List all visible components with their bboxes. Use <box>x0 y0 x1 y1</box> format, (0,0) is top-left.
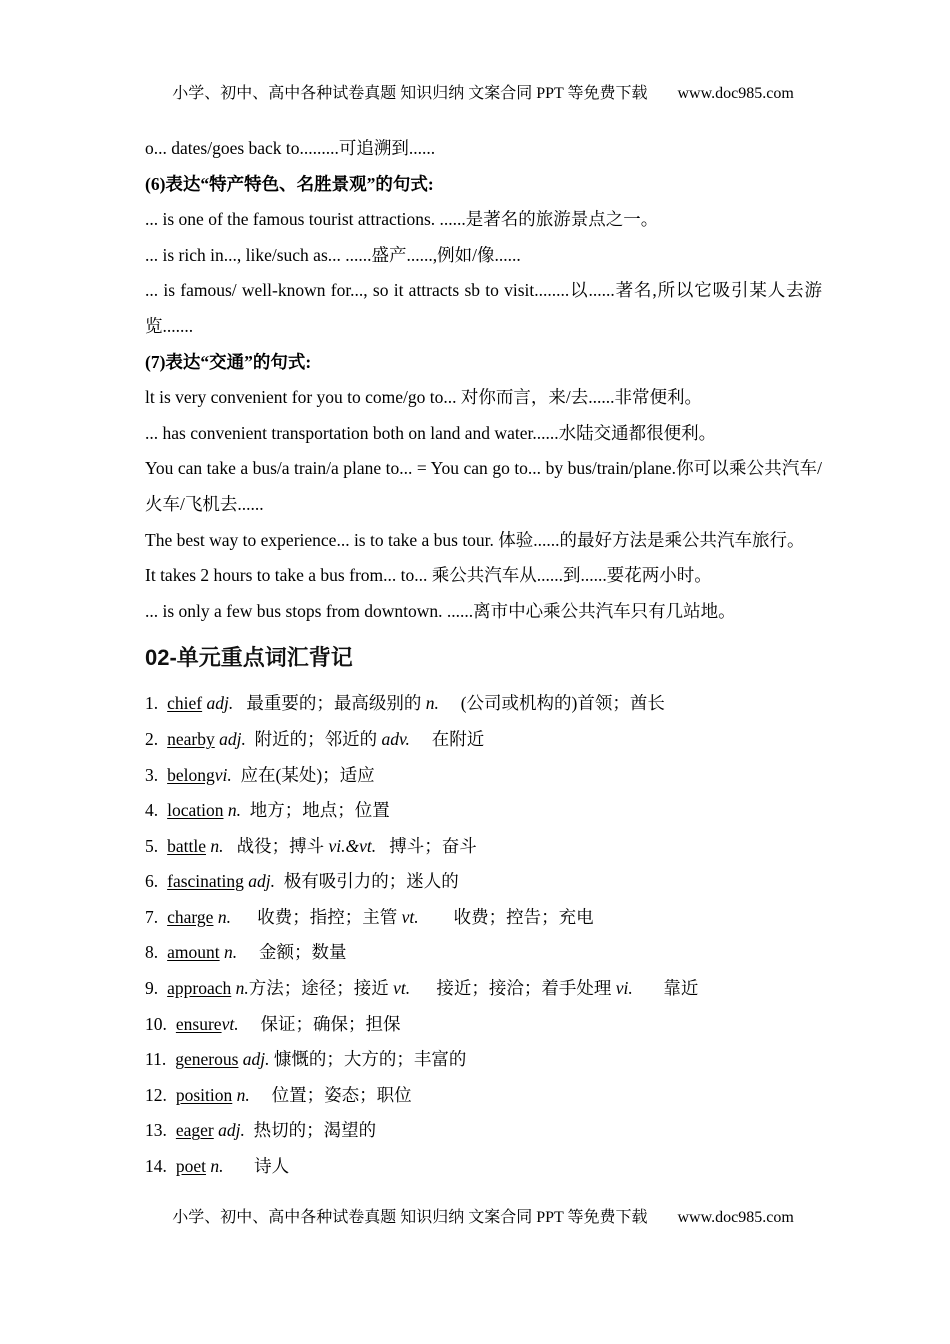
vocab-word: poet <box>176 1156 206 1176</box>
pattern-line: lt is very convenient for you to come/go… <box>145 380 822 416</box>
pattern-line: The best way to experience... is to take… <box>145 523 822 559</box>
vocab-word: belong <box>167 765 215 785</box>
vocab-item: 4.location n. 地方；地点；位置 <box>145 793 822 829</box>
definition-text: 位置；姿态；职位 <box>250 1085 412 1105</box>
definition-text: 诗人 <box>224 1156 290 1176</box>
vocab-number: 12. <box>145 1085 167 1105</box>
vocab-number: 11. <box>145 1049 166 1069</box>
definition-text: 收费；指控；主管 <box>231 907 402 927</box>
vocab-number: 6. <box>145 871 158 891</box>
part-of-speech: vi.&vt. <box>329 836 377 856</box>
section-heading: 02-单元重点词汇背记 <box>145 642 822 673</box>
definition-text: 地方；地点；位置 <box>241 800 390 820</box>
pattern-group-heading: (7)表达“交通”的句式: <box>145 345 822 381</box>
definition-text: 极有吸引力的；迷人的 <box>275 871 459 891</box>
definition-text: 靠近 <box>633 978 699 998</box>
vocab-word: ensure <box>176 1014 222 1034</box>
part-of-speech: adj. <box>206 693 233 713</box>
definition-text: 保证；确保；担保 <box>239 1014 401 1034</box>
pattern-line: ... is only a few bus stops from downtow… <box>145 594 822 630</box>
vocab-word: battle <box>167 836 206 856</box>
vocab-item: 8.amount n. 金额；数量 <box>145 935 822 971</box>
definition-text: 应在(某处)；适应 <box>232 765 375 785</box>
document-body: o... dates/goes back to.........可追溯到....… <box>145 131 822 1185</box>
definition-text: 方法；途径；接近 <box>249 978 393 998</box>
part-of-speech: vt. <box>402 907 419 927</box>
part-of-speech: adj. <box>243 1049 270 1069</box>
part-of-speech: vi. <box>215 765 232 785</box>
definition-text: 收费；控告；充电 <box>419 907 594 927</box>
vocab-item: 2.nearby adj. 附近的；邻近的 adv. 在附近 <box>145 722 822 758</box>
vocab-item: 1.chief adj. 最重要的；最高级别的 n. (公司或机构的)首领；酋长 <box>145 686 822 722</box>
vocab-word: fascinating <box>167 871 244 891</box>
part-of-speech: vi. <box>616 978 633 998</box>
document-page: 小学、初中、高中各种试卷真题 知识归纳 文案合同 PPT 等免费下载www.do… <box>0 0 950 1344</box>
vocab-item: 12.position n. 位置；姿态；职位 <box>145 1078 822 1114</box>
definition-text: 战役；搏斗 <box>224 836 329 856</box>
definition-text: 最重要的；最高级别的 <box>233 693 426 713</box>
pattern-line: ... is rich in..., like/such as... .....… <box>145 238 822 274</box>
page-header: 小学、初中、高中各种试卷真题 知识归纳 文案合同 PPT 等免费下载www.do… <box>0 64 950 124</box>
vocab-number: 13. <box>145 1120 167 1140</box>
definition-text: 附近的；邻近的 <box>246 729 382 749</box>
footer-text: 小学、初中、高中各种试卷真题 知识归纳 文案合同 PPT 等免费下载 <box>172 1209 647 1226</box>
part-of-speech: adj. <box>218 1120 245 1140</box>
vocab-word: amount <box>167 942 220 962</box>
vocab-word: location <box>167 800 223 820</box>
part-of-speech: n. <box>426 693 439 713</box>
definition-text: 热切的；渴望的 <box>245 1120 376 1140</box>
vocab-number: 2. <box>145 729 158 749</box>
part-of-speech: adj. <box>219 729 246 749</box>
pattern-group-heading: (6)表达“特产特色、名胜景观”的句式: <box>145 167 822 203</box>
pattern-line: You can take a bus/a train/a plane to...… <box>145 451 822 522</box>
vocab-word: position <box>176 1085 232 1105</box>
definition-text: 金额；数量 <box>237 942 346 962</box>
vocab-number: 4. <box>145 800 158 820</box>
definition-text: 搏斗；奋斗 <box>376 836 477 856</box>
vocab-item: 10.ensurevt. 保证；确保；担保 <box>145 1007 822 1043</box>
part-of-speech: vt. <box>393 978 410 998</box>
definition-text: 慷慨的；大方的；丰富的 <box>270 1049 467 1069</box>
vocab-item: 3.belongvi. 应在(某处)；适应 <box>145 758 822 794</box>
vocab-item: 6.fascinating adj. 极有吸引力的；迷人的 <box>145 864 822 900</box>
vocab-number: 7. <box>145 907 158 927</box>
part-of-speech: n. <box>218 907 231 927</box>
part-of-speech: n. <box>224 942 237 962</box>
pattern-line: ... is famous/ well-known for..., so it … <box>145 273 822 344</box>
part-of-speech: n. <box>210 1156 223 1176</box>
definition-text: 在附近 <box>410 729 484 749</box>
vocab-word: charge <box>167 907 213 927</box>
vocab-item: 9.approach n.方法；途径；接近 vt. 接近；接洽；着手处理 vi.… <box>145 971 822 1007</box>
vocab-word: approach <box>167 978 231 998</box>
definition-text: (公司或机构的)首领；酋长 <box>439 693 665 713</box>
part-of-speech: n. <box>228 800 241 820</box>
definition-text: 接近；接洽；着手处理 <box>410 978 616 998</box>
footer-site-url: www.doc985.com <box>678 1209 794 1226</box>
vocab-list: 1.chief adj. 最重要的；最高级别的 n. (公司或机构的)首领；酋长… <box>145 686 822 1184</box>
vocab-item: 11.generous adj. 慷慨的；大方的；丰富的 <box>145 1042 822 1078</box>
page-footer: 小学、初中、高中各种试卷真题 知识归纳 文案合同 PPT 等免费下载www.do… <box>0 1188 950 1248</box>
part-of-speech: n. <box>236 978 249 998</box>
vocab-item: 7.charge n. 收费；指控；主管 vt. 收费；控告；充电 <box>145 900 822 936</box>
part-of-speech: vt. <box>222 1014 239 1034</box>
vocab-word: generous <box>175 1049 238 1069</box>
pattern-line: ... has convenient transportation both o… <box>145 416 822 452</box>
pattern-line: o... dates/goes back to.........可追溯到....… <box>145 131 822 167</box>
part-of-speech: n. <box>210 836 223 856</box>
vocab-number: 8. <box>145 942 158 962</box>
vocab-number: 14. <box>145 1156 167 1176</box>
pattern-line: It takes 2 hours to take a bus from... t… <box>145 558 822 594</box>
vocab-word: eager <box>176 1120 214 1140</box>
vocab-number: 10. <box>145 1014 167 1034</box>
vocab-item: 13.eager adj. 热切的；渴望的 <box>145 1113 822 1149</box>
vocab-word: chief <box>167 693 202 713</box>
part-of-speech: n. <box>237 1085 250 1105</box>
header-text: 小学、初中、高中各种试卷真题 知识归纳 文案合同 PPT 等免费下载 <box>172 85 647 102</box>
vocab-number: 9. <box>145 978 158 998</box>
header-site-url: www.doc985.com <box>678 85 794 102</box>
pattern-line: ... is one of the famous tourist attract… <box>145 202 822 238</box>
vocab-item: 5.battle n. 战役；搏斗 vi.&vt. 搏斗；奋斗 <box>145 829 822 865</box>
vocab-number: 1. <box>145 693 158 713</box>
vocab-number: 3. <box>145 765 158 785</box>
vocab-number: 5. <box>145 836 158 856</box>
vocab-item: 14.poet n. 诗人 <box>145 1149 822 1185</box>
vocab-word: nearby <box>167 729 215 749</box>
part-of-speech: adv. <box>382 729 410 749</box>
part-of-speech: adj. <box>248 871 275 891</box>
sentence-patterns-section: o... dates/goes back to.........可追溯到....… <box>145 131 822 629</box>
